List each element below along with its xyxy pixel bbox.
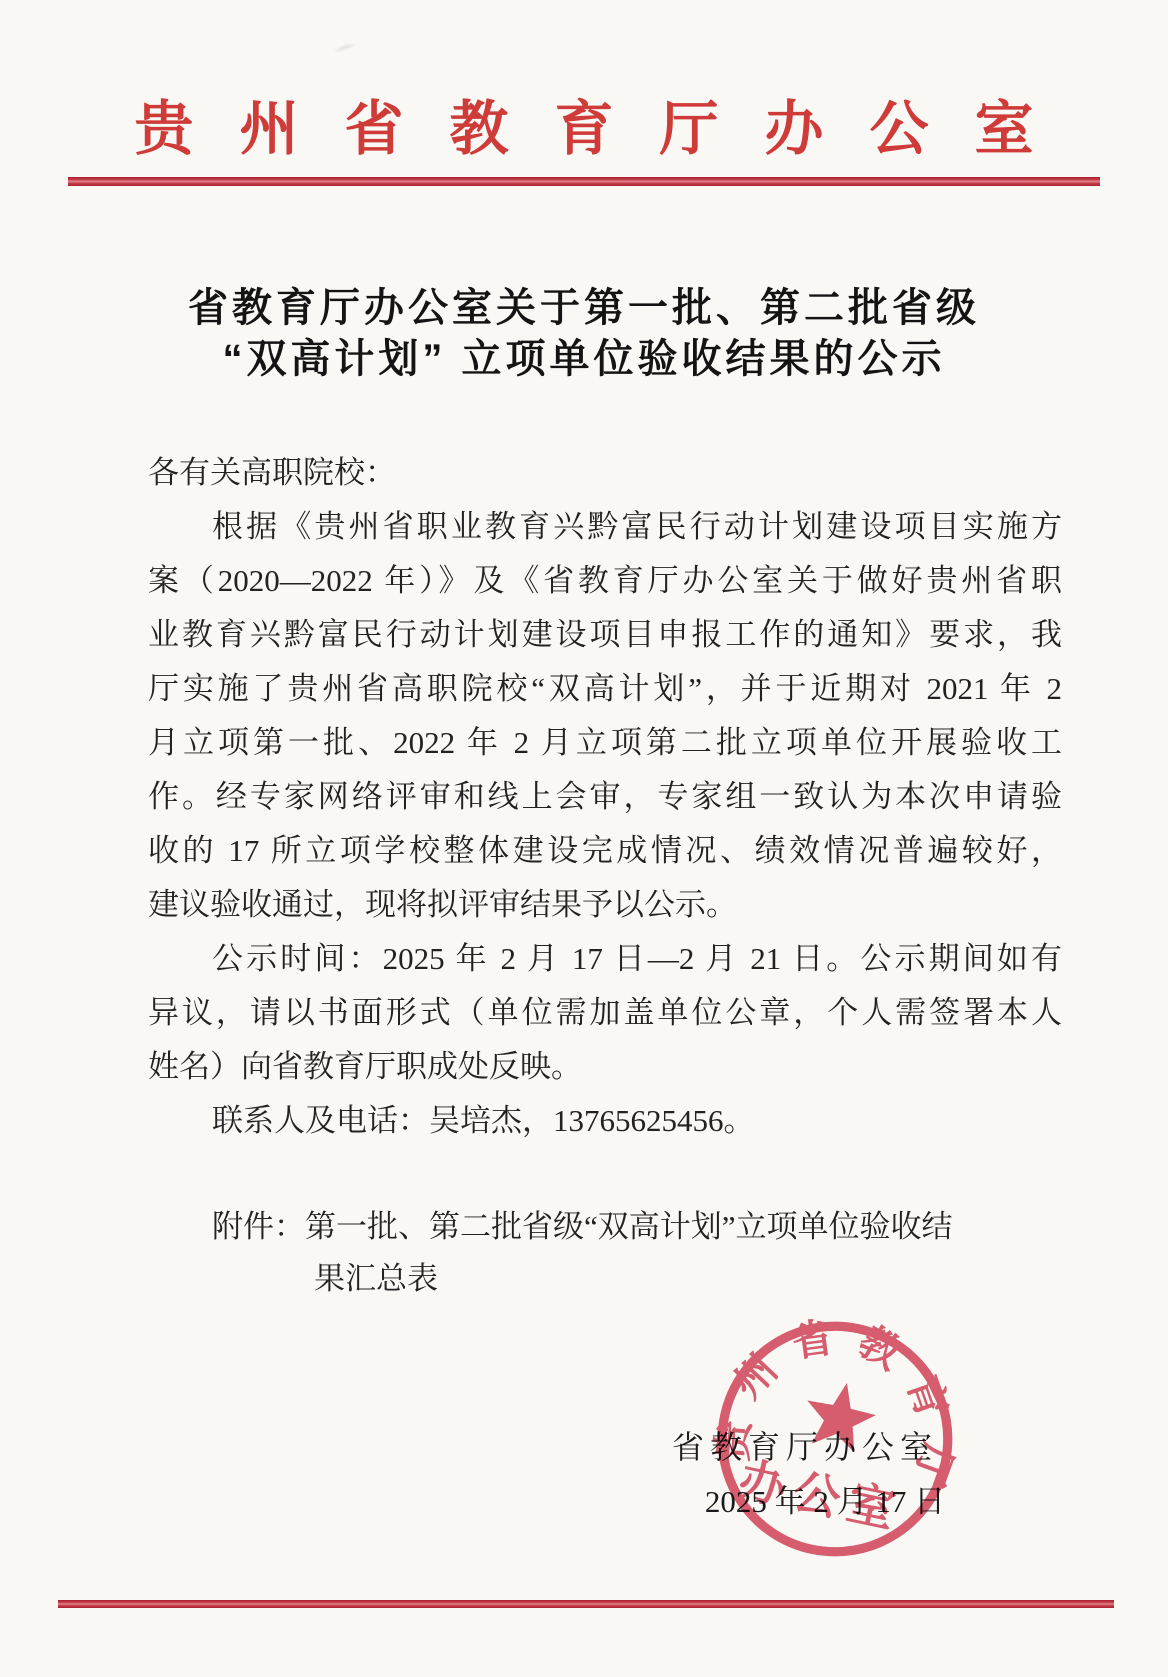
attachment-note: 附件：第一批、第二批省级“双高计划”立项单位验收结 果汇总表 [148, 1201, 1062, 1305]
body-line: 公示时间：2025 年 2 月 17 日—2 月 21 日。公示期间如有 [148, 932, 1062, 986]
body-line: 案（2020—2022 年）》及《省教育厅办公室关于做好贵州省职 [148, 554, 1062, 608]
official-seal: 贵州省教育厅 办公室 [689, 1293, 981, 1585]
body-line: 建议验收通过，现将拟评审结果予以公示。 [148, 878, 1062, 932]
document-title: 省教育厅办公室关于第一批、第二批省级 “双高计划” 立项单位验收结果的公示 [0, 283, 1168, 385]
body-line: 厅实施了贵州省高职院校“双高计划”，并于近期对 2021 年 2 [148, 662, 1062, 716]
seal-star-icon [799, 1376, 881, 1456]
footer-rule [58, 1600, 1114, 1608]
body-line: 异议，请以书面形式（单位需加盖单位公章，个人需签署本人 [148, 986, 1062, 1040]
scan-speck [332, 40, 359, 55]
contact-line: 联系人及电话：吴培杰，13765625456。 [148, 1094, 1062, 1148]
letterhead-agency-name: 贵州省教育厅办公室 [0, 92, 1168, 166]
body-line: 作。经专家网络评审和线上会审，专家组一致认为本次申请验 [148, 770, 1062, 824]
attachment-line1: 附件：第一批、第二批省级“双高计划”立项单位验收结 [148, 1201, 1062, 1253]
letterhead-rule [68, 177, 1100, 186]
body-line: 姓名）向省教育厅职成处反映。 [148, 1040, 1062, 1094]
body-line: 根据《贵州省职业教育兴黔富民行动计划建设项目实施方 [148, 500, 1062, 554]
body-line: 收的 17 所立项学校整体建设完成情况、绩效情况普遍较好， [148, 824, 1062, 878]
body-text: 各有关高职院校： 根据《贵州省职业教育兴黔富民行动计划建设项目实施方 案（202… [148, 446, 1062, 1148]
document-page: 贵州省教育厅办公室 省教育厅办公室关于第一批、第二批省级 “双高计划” 立项单位… [0, 0, 1168, 1677]
attachment-line2: 果汇总表 [148, 1253, 1062, 1305]
document-title-line2: “双高计划” 立项单位验收结果的公示 [0, 334, 1168, 385]
body-line: 月立项第一批、2022 年 2 月立项第二批立项单位开展验收工 [148, 716, 1062, 770]
document-title-line1: 省教育厅办公室关于第一批、第二批省级 [0, 283, 1168, 334]
body-line: 业教育兴黔富民行动计划建设项目申报工作的通知》要求，我 [148, 608, 1062, 662]
salutation-line: 各有关高职院校： [148, 446, 1062, 500]
